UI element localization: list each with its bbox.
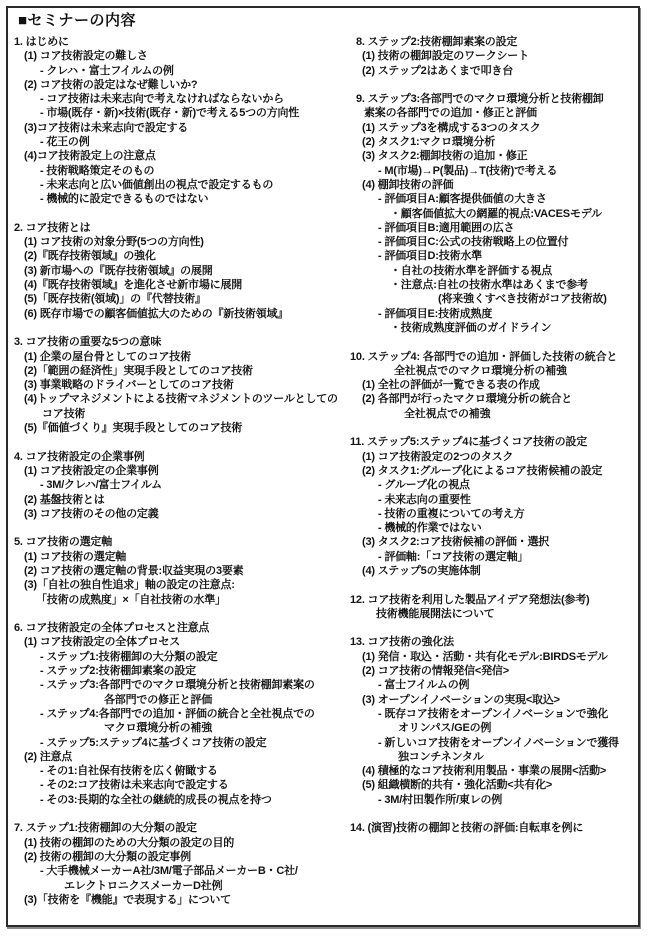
- outline-line: - 既存コア技術をオープンイノベーションで強化: [350, 707, 642, 721]
- outline-line: (2) 技術の棚卸の大分類の設定事例: [14, 850, 344, 864]
- outline-line: ・技術成熟度評価のガイドライン: [350, 321, 642, 335]
- outline-section: 9. ステップ3:各部門でのマクロ環境分析と技術棚卸素案の各部門での追加・修正と…: [350, 92, 642, 335]
- outline-line: (4)『既存技術領域』を進化させ新市場に展開: [14, 278, 344, 292]
- outline-line: (1) 発信・取込・活動・共有化モデル:BIRDSモデル: [350, 650, 642, 664]
- outline-line: 独コンチネンタル: [350, 750, 642, 764]
- outline-line: 2. コア技術とは: [14, 221, 344, 235]
- outline-line: (6) 既存市場での顧客価値拡大のための『新技術領域』: [14, 307, 344, 321]
- outline-column-left: 1. はじめに(1) コア技術設定の難しさ- クレハ・富士フイルムの例(2) コ…: [14, 35, 344, 907]
- outline-line: - 3M/クレハ/富士フイルム: [14, 478, 344, 492]
- outline-line: (3) タスク2:コア技術候補の評価・選択: [350, 535, 642, 549]
- outline-line: 9. ステップ3:各部門でのマクロ環境分析と技術棚卸: [350, 92, 642, 106]
- outline-line: - ステップ2:技術棚卸素案の設定: [14, 664, 344, 678]
- outline-line: (2) 各部門が行ったマクロ環境分析の統合と: [350, 392, 642, 406]
- outline-section: 14. (演習)技術の棚卸と技術の評価:自転車を例に: [350, 821, 642, 835]
- outline-line: - その1:自社保有技術を広く俯瞰する: [14, 764, 344, 778]
- outline-line: - 新しいコア技術をオープンイノベーションで獲得: [350, 736, 642, 750]
- outline-line: (3)「技術を『機能』で表現する」について: [14, 893, 344, 907]
- outline-line: 10. ステップ4: 各部門での追加・評価した技術の統合と: [350, 350, 642, 364]
- outline-line: (5)『価値づくり』実現手段としてのコア技術: [14, 421, 344, 435]
- outline-line: (2) ステップ2はあくまで叩き台: [350, 64, 642, 78]
- outline-line: (2) タスク1:マクロ環境分析: [350, 135, 642, 149]
- outline-line: (2) コア技術の設定はなぜ難しいか?: [14, 78, 344, 92]
- outline-line: (1) ステップ3を構成する3つのタスク: [350, 121, 642, 135]
- outline-line: ・注意点:自社の技術水準はあくまで参考: [350, 278, 642, 292]
- outline-line: - その3:長期的な全社の継続的成長の視点を持つ: [14, 793, 344, 807]
- outline-section: 8. ステップ2:技術棚卸素案の設定(1) 技術の棚卸設定のワークシート(2) …: [350, 35, 642, 78]
- outline-section: 1. はじめに(1) コア技術設定の難しさ- クレハ・富士フイルムの例(2) コ…: [14, 35, 344, 207]
- outline-section: 4. コア技術設定の企業事例(1) コア技術設定の企業事例- 3M/クレハ/富士…: [14, 450, 344, 521]
- outline-line: 7. ステップ1:技術棚卸の大分類の設定: [14, 821, 344, 835]
- outline-line: 6. コア技術設定の全体プロセスと注意点: [14, 621, 344, 635]
- outline-line: (3)「自社の独自性追求」軸の設定の注意点:: [14, 578, 344, 592]
- outline-line: - ステップ1:技術棚卸の大分類の設定: [14, 650, 344, 664]
- outline-line: (1) コア技術の選定軸: [14, 550, 344, 564]
- outline-line: ・自社の技術水準を評価する視点: [350, 264, 642, 278]
- outline-line: (1) 技術の棚卸のための大分類の設定の目的: [14, 836, 344, 850]
- outline-line: (5)「既存技術(領域)」の『代替技術』: [14, 292, 344, 306]
- outline-line: - 市場(既存・新)×技術(既存・新)で考える5つの方向性: [14, 106, 344, 120]
- outline-line: - ステップ5:ステップ4に基づくコア技術の設定: [14, 736, 344, 750]
- outline-line: 11. ステップ5:ステップ4に基づくコア技術の設定: [350, 435, 642, 449]
- outline-line: (1) コア技術設定の2つのタスク: [350, 450, 642, 464]
- outline-line: エレクトロニクスメーカーD社例: [14, 879, 344, 893]
- outline-line: - 評価項目A:顧客提供価値の大きさ: [350, 192, 642, 206]
- outline-line: - 花王の例: [14, 135, 344, 149]
- outline-line: (1) 企業の屋台骨としてのコア技術: [14, 350, 344, 364]
- outline-section: 7. ステップ1:技術棚卸の大分類の設定(1) 技術の棚卸のための大分類の設定の…: [14, 821, 344, 907]
- outline-line: (4)トップマネジメントによる技術マネジメントのツールとしての: [14, 392, 344, 406]
- document-page: ■セミナーの内容 1. はじめに(1) コア技術設定の難しさ- クレハ・富士フイ…: [0, 0, 650, 939]
- outline-line: 14. (演習)技術の棚卸と技術の評価:自転車を例に: [350, 821, 642, 835]
- outline-line: (1) コア技術の対象分野(5つの方向性): [14, 235, 344, 249]
- outline-line: (将来強くすべき技術がコア技術故): [350, 292, 642, 306]
- outline-line: 3. コア技術の重要な5つの意味: [14, 335, 344, 349]
- outline-line: (3) タスク2:棚卸技術の追加・修正: [350, 149, 642, 163]
- outline-line: - 未来志向の重要性: [350, 493, 642, 507]
- outline-line: - 評価項目E:技術成熟度: [350, 307, 642, 321]
- outline-section: 5. コア技術の選定軸(1) コア技術の選定軸(2) コア技術の選定軸の背景:収…: [14, 535, 344, 606]
- outline-line: 12. コア技術を利用した製品アイデア発想法(参考): [350, 593, 642, 607]
- outline-line: (1) 技術の棚卸設定のワークシート: [350, 49, 642, 63]
- outline-line: - ステップ3:各部門でのマクロ環境分析と技術棚卸素案の: [14, 678, 344, 692]
- outline-line: - 機械的に設定できるものではない: [14, 192, 344, 206]
- outline-section: 11. ステップ5:ステップ4に基づくコア技術の設定(1) コア技術設定の2つの…: [350, 435, 642, 578]
- outline-line: - グループ化の視点: [350, 478, 642, 492]
- outline-line: (1) コア技術設定の全体プロセス: [14, 635, 344, 649]
- outline-line: - 技術戦略策定そのもの: [14, 164, 344, 178]
- outline-line: 全社視点での補強: [350, 407, 642, 421]
- outline-line: (3) コア技術のその他の定義: [14, 507, 344, 521]
- outline-line: (3) オープンイノベーションの実現<取込>: [350, 693, 642, 707]
- outline-line: (2) コア技術の情報発信<発信>: [350, 664, 642, 678]
- outline-line: - 未来志向と広い価値創出の視点で設定するもの: [14, 178, 344, 192]
- outline-line: (1) コア技術設定の難しさ: [14, 49, 344, 63]
- outline-line: - 評価項目C:公式の技術戦略上の位置付: [350, 235, 642, 249]
- outline-line: (4) 積極的なコア技術利用製品・事業の展開<活動>: [350, 764, 642, 778]
- outline-line: - ステップ4:各部門での追加・評価の統合と全社視点での: [14, 707, 344, 721]
- outline-line: (4) ステップ5の実施体制: [350, 564, 642, 578]
- outline-line: 8. ステップ2:技術棚卸素案の設定: [350, 35, 642, 49]
- outline-line: (3) 事業戦略のドライバーとしてのコア技術: [14, 378, 344, 392]
- outline-section: 2. コア技術とは(1) コア技術の対象分野(5つの方向性)(2)『既存技術領域…: [14, 221, 344, 321]
- outline-line: 4. コア技術設定の企業事例: [14, 450, 344, 464]
- outline-line: オリンパス/GEの例: [350, 721, 642, 735]
- outline-line: (5) 組織横断的共有・強化活動<共有化>: [350, 778, 642, 792]
- outline-line: - コア技術は未来志向で考えなければならないから: [14, 92, 344, 106]
- outline-line: 各部門での修正と評価: [14, 693, 344, 707]
- outline-line: (1) コア技術設定の企業事例: [14, 464, 344, 478]
- outline-line: 13. コア技術の強化法: [350, 635, 642, 649]
- outline-line: (3) 新市場への『既存技術領域』の展開: [14, 264, 344, 278]
- outline-line: - 大手機械メーカーA社/3M/電子部品メーカーB・C社/: [14, 864, 344, 878]
- outline-line: - 評価軸:「コア技術の選定軸」: [350, 550, 642, 564]
- outline-line: - 3M/村田製作所/東レの例: [350, 793, 642, 807]
- outline-line: - 技術の重複についての考え方: [350, 507, 642, 521]
- outline-line: (4) 棚卸技術の評価: [350, 178, 642, 192]
- outline-line: - 評価項目D:技術水準: [350, 249, 642, 263]
- outline-line: 素案の各部門での追加・修正と評価: [350, 106, 642, 120]
- outline-section: 10. ステップ4: 各部門での追加・評価した技術の統合と全社視点でのマクロ環境…: [350, 350, 642, 421]
- outline-line: (2) 注意点: [14, 750, 344, 764]
- outline-line: (2) 基盤技術とは: [14, 493, 344, 507]
- outline-section: 3. コア技術の重要な5つの意味(1) 企業の屋台骨としてのコア技術(2)「範囲…: [14, 335, 344, 435]
- outline-section: 12. コア技術を利用した製品アイデア発想法(参考)技術機能展開法について: [350, 593, 642, 622]
- page-title: ■セミナーの内容: [18, 9, 136, 30]
- outline-line: (2)「範囲の経済性」実現手段としてのコア技術: [14, 364, 344, 378]
- outline-line: 「技術の成熟度」×「自社技術の水準」: [14, 593, 344, 607]
- outline-line: 5. コア技術の選定軸: [14, 535, 344, 549]
- outline-line: (4)コア技術設定上の注意点: [14, 149, 344, 163]
- outline-line: マクロ環境分析の補強: [14, 721, 344, 735]
- outline-line: - M(市場)→P(製品)→T(技術)で考える: [350, 164, 642, 178]
- outline-line: 1. はじめに: [14, 35, 344, 49]
- outline-line: - 富士フイルムの例: [350, 678, 642, 692]
- outline-line: (2) タスク1:グループ化によるコア技術候補の設定: [350, 464, 642, 478]
- outline-line: ・顧客価値拡大の網羅的視点:VACESモデル: [350, 207, 642, 221]
- outline-line: 技術機能展開法について: [350, 607, 642, 621]
- outline-line: - 機械的作業ではない: [350, 521, 642, 535]
- outline-line: (2)『既存技術領域』の強化: [14, 249, 344, 263]
- outline-line: (1) 全社の評価が一覧できる表の作成: [350, 378, 642, 392]
- outline-line: (3)コア技術は未来志向で設定する: [14, 121, 344, 135]
- outline-section: 13. コア技術の強化法(1) 発信・取込・活動・共有化モデル:BIRDSモデル…: [350, 635, 642, 807]
- outline-line: コア技術: [14, 407, 344, 421]
- outline-line: 全社視点でのマクロ環境分析の補強: [350, 364, 642, 378]
- outline-section: 6. コア技術設定の全体プロセスと注意点(1) コア技術設定の全体プロセス- ス…: [14, 621, 344, 807]
- outline-line: - クレハ・富士フイルムの例: [14, 64, 344, 78]
- outline-line: - その2:コア技術は未来志向で設定する: [14, 778, 344, 792]
- outline-line: - 評価項目B:適用範囲の広さ: [350, 221, 642, 235]
- outline-line: (2) コア技術の選定軸の背景:収益実現の3要素: [14, 564, 344, 578]
- outline-column-right: 8. ステップ2:技術棚卸素案の設定(1) 技術の棚卸設定のワークシート(2) …: [350, 35, 642, 836]
